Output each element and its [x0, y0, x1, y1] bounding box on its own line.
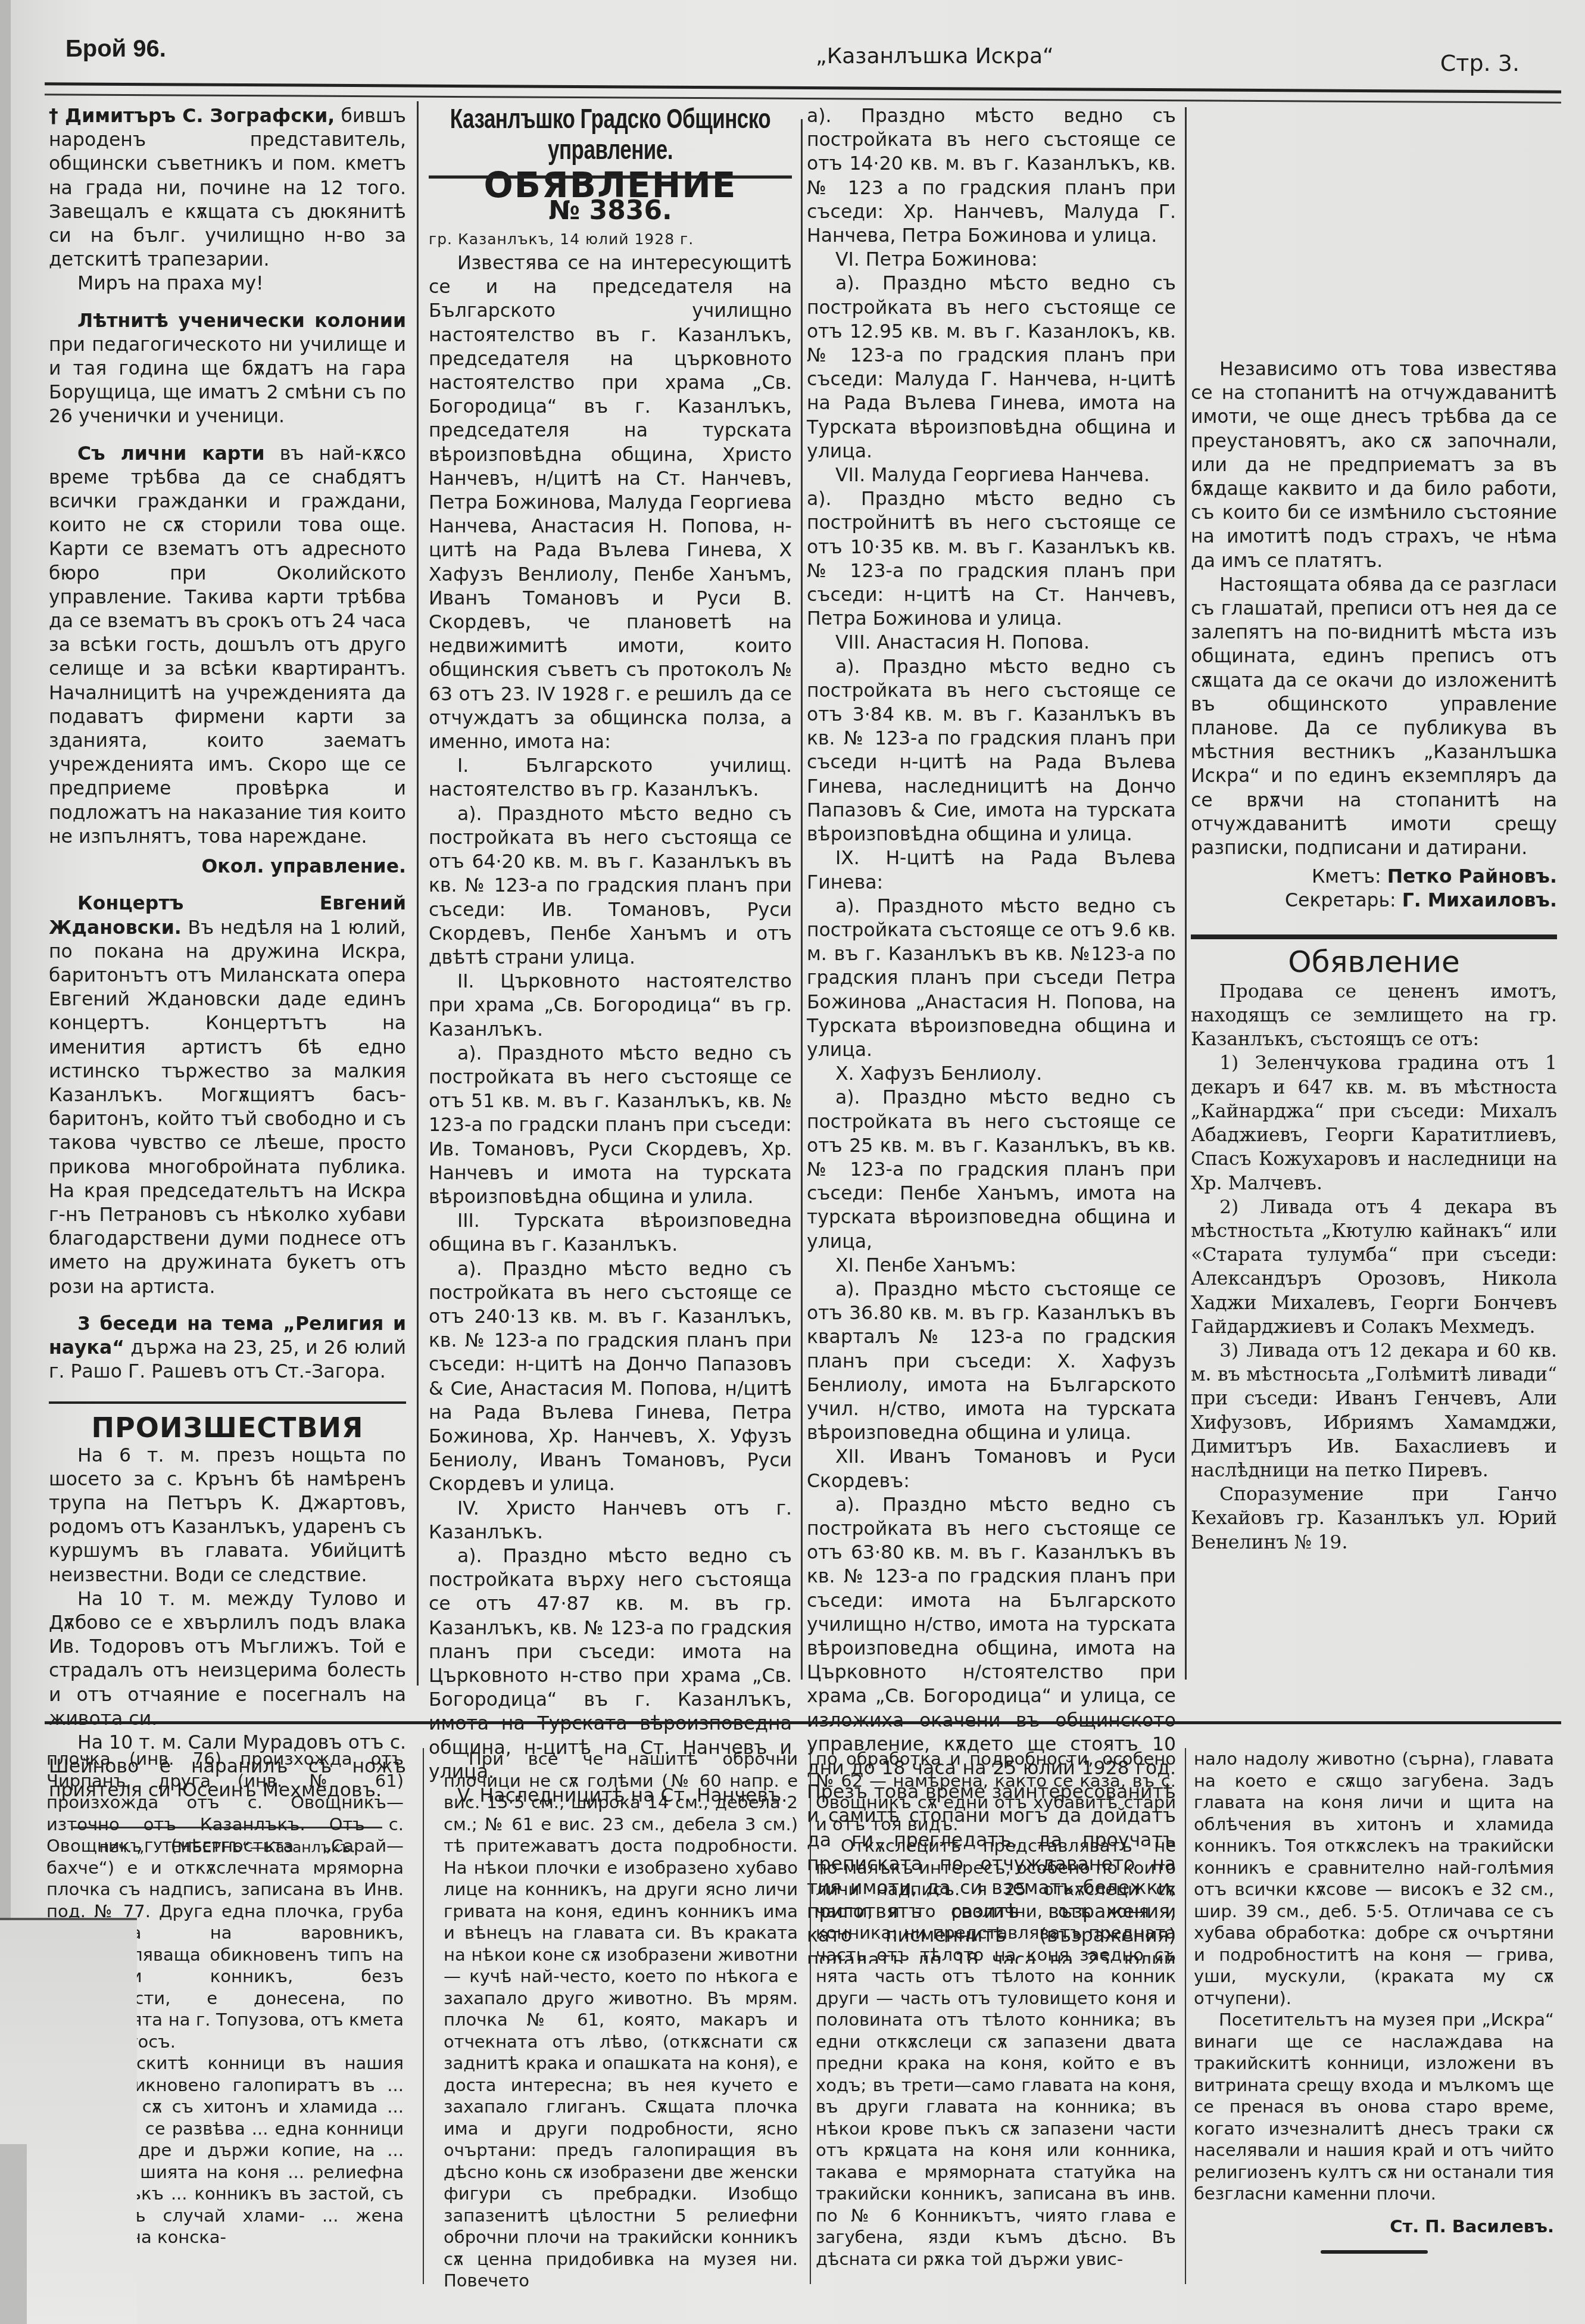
newspaper-page: Брой 96. „Казанлъшка Искра“ Стр. 3. † Ди…	[0, 0, 1585, 2324]
torn-paper-shadow	[0, 2144, 27, 2324]
section-divider	[1191, 934, 1557, 939]
property-heading: XII. Иванъ Томановъ и Руси Скордевъ:	[807, 1445, 1176, 1493]
mayor-label: Кметъ:	[1312, 866, 1381, 887]
page-number: Стр. 3.	[1440, 50, 1520, 76]
secretary-name: Г. Михаиловъ.	[1402, 890, 1557, 911]
mayor-signature: Кметъ: Петко Райновъ.	[1191, 865, 1557, 889]
incidents-title: ПРОИЗШЕСТВИЯ	[49, 1416, 406, 1440]
colonies-item: Лѣтнитѣ ученически колонии при педагогич…	[49, 309, 406, 429]
property-text: а). Праздно мѣсто състояще се отъ 36.80 …	[807, 1278, 1176, 1445]
secretary-label: Секретарь:	[1285, 890, 1396, 911]
property-heading: II. Църковното настоятелство при храма „…	[429, 970, 792, 1042]
property-text: а). Праздно мѣсто ведно съ постройнитѣ в…	[807, 487, 1176, 631]
column-divider	[801, 119, 803, 1680]
article-paragraph: по обработка и подробности, особено № 62…	[816, 1748, 1176, 1835]
property-text: а). Праздно мѣсто ведно съ постройката в…	[807, 1086, 1176, 1253]
article-col-2: При все че нашитѣ оброчни плочици не сѫ …	[444, 1748, 798, 2292]
property-text: а). Праздно мѣсто ведно съ постройката в…	[429, 1257, 792, 1497]
property-heading: VIII. Анастасия Н. Попова.	[807, 631, 1176, 655]
article-paragraph: Откѫслецитѣ представляватъ не по-малъкъ …	[816, 1835, 1176, 2270]
column-announcement-end: Независимо отъ това известява се на стоп…	[1191, 104, 1557, 1554]
sale-ad-body: Продава се цененъ имотъ, находящъ се зем…	[1191, 980, 1557, 1554]
section-divider	[49, 1401, 406, 1404]
idcards-title: Съ лични карти	[77, 443, 265, 465]
column-divider	[1185, 107, 1187, 1680]
colonies-body: при педагогическото ни училище и и тая г…	[49, 334, 406, 428]
sale-ad-item: 3) Ливада отъ 12 декара и 60 кв. м. въ м…	[1191, 1339, 1557, 1482]
announcement-intro: Известява се на интересующитѣ се и на пр…	[429, 251, 792, 754]
property-heading: VI. Петра Божинова:	[807, 248, 1176, 272]
article-paragraph: Посетительтъ на музея при „Искра“ винаги…	[1194, 2009, 1554, 2205]
announcement-notice-2: Независимо отъ това известява се на стоп…	[1191, 357, 1557, 573]
property-heading: X. Хафузъ Бенлиолу.	[807, 1062, 1176, 1086]
property-text: а). Празднoто мѣсто ведно съ постройката…	[429, 1042, 792, 1209]
column-local-news: † Димитъръ С. Зографски, бившъ народенъ …	[49, 104, 406, 1859]
property-text: а). Празднoто мѣсто ведно съ постройката…	[807, 895, 1176, 1062]
incident-item: На 6 т. м. презъ нощьта по шосето за с. …	[49, 1444, 406, 1587]
authority-header: Казанлъшко Градско Общинско управление.	[429, 104, 792, 179]
sale-ad-item: 1) Зеленчукова градина отъ 1 декаръ и 64…	[1191, 1051, 1557, 1195]
end-ornament	[1321, 2250, 1428, 2254]
article-author: Ст. П. Василевъ.	[1194, 2216, 1554, 2238]
secretary-signature: Секретарь: Г. Михаиловъ.	[1191, 889, 1557, 912]
page-section-rule	[45, 1721, 1561, 1724]
dateline: гр. Казанлъкъ, 14 юлий 1928 г.	[429, 228, 792, 251]
property-heading: IV. Христо Нанчевъ отъ г. Казанлъкъ.	[429, 1497, 792, 1544]
lectures-item: 3 беседи на тема „Религия и наука“ държа…	[49, 1312, 406, 1384]
article-paragraph: При все че нашитѣ оброчни плочици не сѫ …	[444, 1748, 798, 2292]
idcards-signature: Окол. управление.	[49, 855, 406, 878]
idcards-body: въ най-кѫсо време трѣбва да се снабдятъ …	[49, 443, 406, 848]
column-announcement-cont: а). Праздно мѣсто ведно съ постройката в…	[807, 104, 1176, 1964]
announcement-number: № 3836.	[429, 199, 792, 223]
concert-item: Концертъ Евгений Ждановски. Въ недѣля на…	[49, 892, 406, 1298]
mayor-name: Петко Райновъ.	[1387, 866, 1557, 887]
column-announcement: Казанлъшко Градско Общинско управление. …	[429, 104, 792, 1808]
column-divider	[417, 101, 419, 1686]
article-col-3: по обработка и подробности, особено № 62…	[816, 1748, 1176, 2270]
property-text: а). Празднoто мѣсто ведно съ постройката…	[429, 802, 792, 970]
property-heading: III. Турската вѣроизповедна община въ г.…	[429, 1209, 792, 1257]
incident-item: На 10 т. м. между Тулово и Дѫбово се е х…	[49, 1587, 406, 1731]
obituary-body: бившъ народенъ представитель, общински с…	[49, 105, 406, 270]
obituary-title: † Димитъръ С. Зографски,	[49, 105, 335, 127]
column-divider	[810, 1748, 811, 2284]
masthead-rule	[45, 82, 1561, 103]
obituary: † Димитъръ С. Зографски, бившъ народенъ …	[49, 104, 406, 272]
column-divider	[1185, 1748, 1186, 2284]
issue-number: Брой 96.	[65, 36, 166, 63]
article-paragraph: нало надолу животно (сърна), главата на …	[1194, 1748, 1554, 2009]
property-heading: VII. Малуда Георгиева Нанчева.	[807, 463, 1176, 487]
property-heading: I. Българското училищ. настоятелство въ …	[429, 754, 792, 802]
sale-ad-item: 2) Ливада отъ 4 декара въ мѣстностьта „К…	[1191, 1195, 1557, 1339]
concert-body: Въ недѣля на 1 юлий, по покана на дружин…	[49, 917, 406, 1298]
announcement-notice-3: Настоящата обява да се разгласи съ глаша…	[1191, 573, 1557, 860]
property-text: а). Праздно мѣсто ведно съ постройката в…	[807, 272, 1176, 463]
idcards-item: Съ лични карти въ най-кѫсо време трѣбва …	[49, 442, 406, 849]
property-text: а). Праздно мѣсто ведно съ постройката в…	[807, 104, 1176, 248]
property-heading: IX. Н-цитѣ на Рада Вълева Гинева:	[807, 846, 1176, 894]
sale-ad-title: Обявление	[1191, 950, 1557, 974]
property-text: а). Праздно мѣсто ведно съ постройката в…	[807, 655, 1176, 847]
article-col-4: нало надолу животно (сърна), главата на …	[1194, 1748, 1554, 2254]
obituary-closing: Миръ на праха му!	[49, 272, 406, 295]
sale-ad-contact: Споразумение при Ганчо Кехайовъ гр. Каза…	[1191, 1482, 1557, 1554]
sale-ad-intro: Продава се цененъ имотъ, находящъ се зем…	[1191, 980, 1557, 1052]
property-heading: XI. Пенбе Ханъмъ:	[807, 1254, 1176, 1278]
newspaper-name: „Казанлъшка Искра“	[816, 44, 1054, 68]
column-divider	[423, 1748, 424, 2284]
colonies-title: Лѣтнитѣ ученически колонии	[77, 310, 406, 332]
masthead: Брой 96. „Казанлъшка Искра“ Стр. 3.	[65, 36, 1561, 77]
